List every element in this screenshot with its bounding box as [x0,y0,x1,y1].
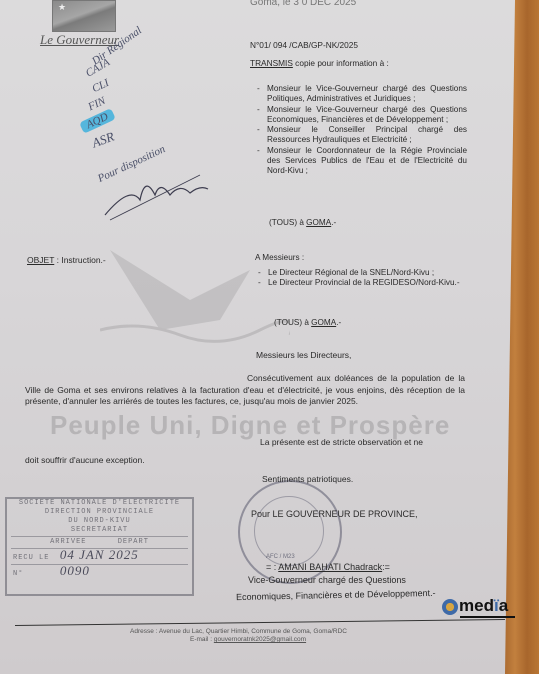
cc-location-suffix: .- [331,218,336,227]
stamp-line: DU NORD-KIVU [7,517,192,526]
signatory-name-text: AMANI BAHATI Chadrack [278,562,382,572]
stamp-recu-date: 04 JAN 2025 [60,547,139,562]
signatory-title-line-2: Economiques, Financières et de Développe… [236,588,436,602]
stamp-arrivee-label: ARRIVEE [50,538,86,546]
addressee-location-city: GOMA [311,318,336,327]
addressee-location: (TOUS) à GOMA.- [274,318,341,327]
cc-location-prefix: (TOUS) à [269,218,306,227]
transmis-heading: TRANSMIS copie pour information à : [250,58,389,68]
transmis-text: copie pour information à : [293,58,389,68]
subject-label: OBJET [27,255,54,265]
footer-email-label: E-mail : [190,636,214,643]
stamp-depart-label: DEPART [118,538,149,546]
media-logo: medïa [442,596,508,616]
handnote: CAJA [84,56,112,79]
cc-location-city: GOMA [306,218,331,227]
footer-divider [15,619,505,626]
closing-line-2: doit souffrir d'aucune exception. [25,455,145,465]
footer-address: Adresse : Avenue du Lac, Quartier Himbi,… [130,628,347,635]
addressee-list: Le Directeur Régional de la SNEL/Nord-Ki… [258,268,478,289]
stamp-number-row: N° 0090 [7,566,192,579]
closing-line-1: La présente est de stricte observation e… [260,437,470,447]
stamp-divider [11,564,188,565]
logo-underline [460,616,515,618]
addressee: Le Directeur Provincial de la REGIDESO/N… [258,278,478,288]
stamp-line: SOCIETE NATIONALE D'ELECTRICITE [7,499,192,508]
signatory-prefix: = : [266,562,278,572]
letter-page: ★ Le Gouverneur Goma, le 3 0 DEC 2025 Di… [0,0,520,674]
reference-number: N°01/ 094 /CAB/GP-NK/2025 [250,40,358,50]
addressee-location-suffix: .- [336,318,341,327]
addressee-location-prefix: (TOUS) à [274,318,311,327]
cc-recipient: Monsieur le Vice-Gouverneur chargé des Q… [257,84,467,105]
signature-pour: Pour LE GOUVERNEUR DE PROVINCE, [251,509,418,519]
received-stamp: SOCIETE NATIONALE D'ELECTRICITE DIRECTIO… [5,497,194,596]
letter-body: Consécutivement aux doléances de la popu… [25,373,465,408]
addressee: Le Directeur Régional de la SNEL/Nord-Ki… [258,268,478,278]
stamp-divider [11,536,188,537]
seal-text: AFC / M23 [266,554,295,560]
cc-recipient: Monsieur le Coordonnateur de la Régie Pr… [257,146,467,177]
salutation: Messieurs les Directeurs, [256,350,351,360]
footer-email-link[interactable]: gouvernoratnk2025@gmail.com [214,636,306,643]
stamp-line: DIRECTION PROVINCIALE [7,508,192,517]
handnote: CLI [90,77,111,95]
addressees-heading: A Messieurs : [255,253,304,262]
letter-date: Goma, le 3 0 DEC 2025 [250,0,356,8]
handnote: ASR [90,129,117,152]
subject-text: : Instruction.- [54,255,106,265]
logo-text-a: med [459,596,494,615]
handwritten-annotations: Dir Régional CAJA CLI FIN AQD ASR Pour d… [80,40,210,220]
stamp-recu-label: RECU LE [13,554,49,562]
subject-line: OBJET : Instruction.- [27,255,106,265]
signatory-suffix: := [382,562,390,572]
transmis-label: TRANSMIS [250,58,293,68]
footer-email: E-mail : gouvernoratnk2025@gmail.com [190,636,306,643]
handwritten-signature-icon [100,165,210,225]
stamp-received-date: RECU LE 04 JAN 2025 [7,550,192,563]
cc-recipient-list: Monsieur le Vice-Gouverneur chargé des Q… [257,84,467,177]
cc-recipient: Monsieur le Conseiller Principal chargé … [257,125,467,146]
cc-location: (TOUS) à GOMA.- [269,218,336,227]
closing-sentiments: Sentiments patriotiques. [262,474,353,484]
star-icon: ★ [58,2,66,13]
stamp-arrivee-depart: ARRIVEE DEPART [7,538,192,547]
stamp-number: 0090 [60,563,90,578]
lion-logo-icon [442,599,458,615]
cc-recipient: Monsieur le Vice-Gouverneur chargé des Q… [257,105,467,126]
watermark-emblem-icon [100,230,290,350]
signatory-title-line-1: Vice-Gouverneur chargé des Questions [248,575,406,585]
stamp-line: SECRETARIAT [7,526,192,535]
logo-text-b: a [499,596,508,615]
signatory-name: = : AMANI BAHATI Chadrack:= [266,562,390,572]
